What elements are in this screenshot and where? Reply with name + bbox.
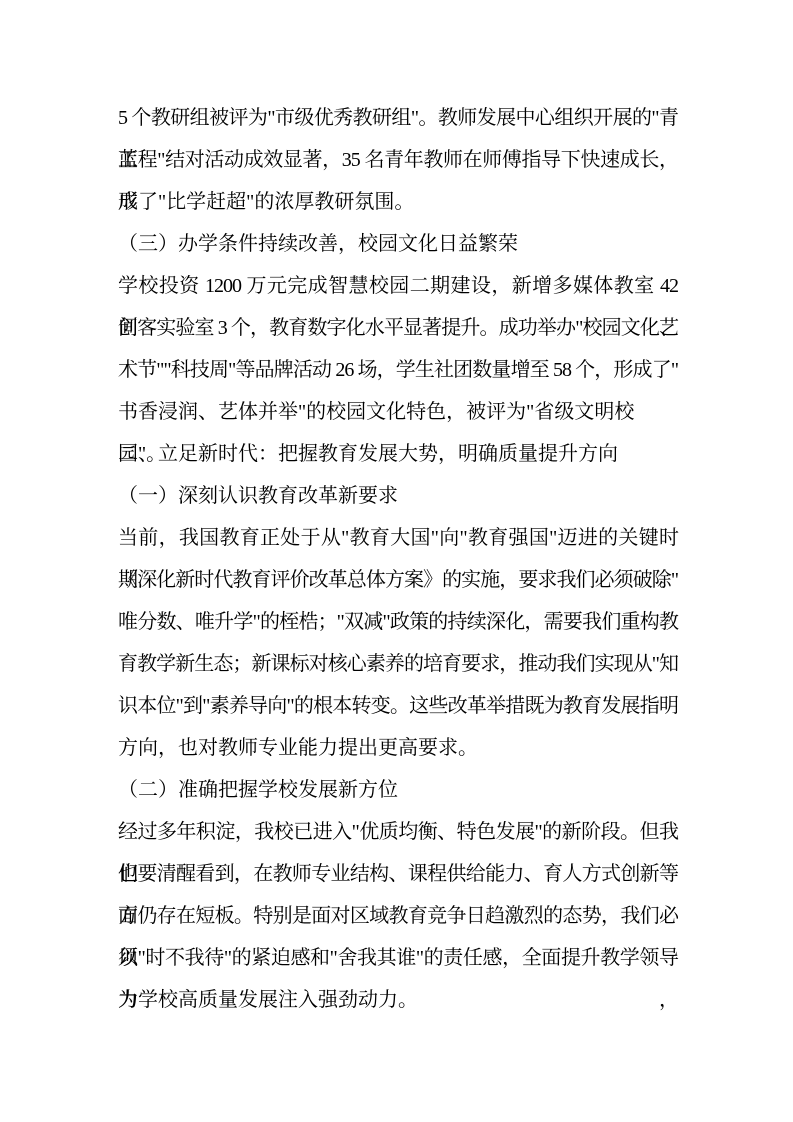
sub-heading: （一）深刻认识教育改革新要求	[118, 475, 678, 517]
text-line: （二）准确把握学校发展新方位	[118, 769, 678, 811]
text-line: 成了"比学赶超"的浓厚教研氛围。	[118, 181, 678, 223]
paragraph: 当前，我国教育正处于从"教育大国"向"教育强国"迈进的关键时期。《深化新时代教育…	[118, 517, 678, 769]
paragraph: 5 个教研组被评为"市级优秀教研组"。教师发展中心组织开展的"青蓝工程"结对活动…	[118, 97, 678, 223]
sub-heading: （二）准确把握学校发展新方位	[118, 769, 678, 811]
text-line: 识本位"到"素养导向"的根本转变。这些改革举措既为教育发展指明	[118, 685, 678, 727]
text-line: 唯分数、唯升学"的桎梏；"双减"政策的持续深化，需要我们重构教	[118, 601, 678, 643]
text-line: 创客实验室 3 个，教育数字化水平显著提升。成功举办"校园文化艺	[118, 307, 678, 349]
text-line: 方向，也对教师专业能力提出更高要求。	[118, 727, 678, 769]
document-page: 5 个教研组被评为"市级优秀教研组"。教师发展中心组织开展的"青蓝工程"结对活动…	[0, 0, 793, 1122]
text-line: 以"时不我待"的紧迫感和"舍我其谁"的责任感，全面提升教学领导力，	[118, 937, 678, 979]
paragraph: 经过多年积淀，我校已进入"优质均衡、特色发展"的新阶段。但我们也要清醒看到，在教…	[118, 811, 678, 1021]
text-line: 育教学新生态；新课标对核心素养的培育要求，推动我们实现从"知	[118, 643, 678, 685]
sub-heading: （三）办学条件持续改善，校园文化日益繁荣	[118, 223, 678, 265]
section-heading: 二、立足新时代：把握教育发展大势，明确质量提升方向	[118, 433, 678, 475]
text-line: 学校投资 1200 万元完成智慧校园二期建设，新增多媒体教室 42 间、	[118, 265, 678, 307]
text-line: 经过多年积淀，我校已进入"优质均衡、特色发展"的新阶段。但我们	[118, 811, 678, 853]
text-line: 工程"结对活动成效显著，35 名青年教师在师傅指导下快速成长，形	[118, 139, 678, 181]
text-line: 术节""科技周"等品牌活动 26 场，学生社团数量增至 58 个，形成了"	[118, 349, 678, 391]
paragraph: 学校投资 1200 万元完成智慧校园二期建设，新增多媒体教室 42 间、创客实验…	[118, 265, 678, 433]
text-line: （三）办学条件持续改善，校园文化日益繁荣	[118, 223, 678, 265]
text-line: 5 个教研组被评为"市级优秀教研组"。教师发展中心组织开展的"青蓝	[118, 97, 678, 139]
text-line: 书香浸润、艺体并举"的校园文化特色，被评为"省级文明校园"。	[118, 391, 678, 433]
text-line: 当前，我国教育正处于从"教育大国"向"教育强国"迈进的关键时期。	[118, 517, 678, 559]
document-content: 5 个教研组被评为"市级优秀教研组"。教师发展中心组织开展的"青蓝工程"结对活动…	[118, 97, 678, 1021]
text-line: 二、立足新时代：把握教育发展大势，明确质量提升方向	[118, 433, 678, 475]
text-line: 也要清醒看到，在教师专业结构、课程供给能力、育人方式创新等方	[118, 853, 678, 895]
text-line: 面仍存在短板。特别是面对区域教育竞争日趋激烈的态势，我们必须	[118, 895, 678, 937]
text-line: 《深化新时代教育评价改革总体方案》的实施，要求我们必须破除"	[118, 559, 678, 601]
text-line: （一）深刻认识教育改革新要求	[118, 475, 678, 517]
